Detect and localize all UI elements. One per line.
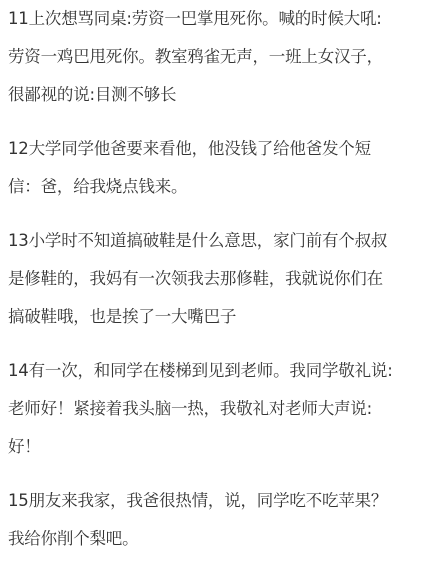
text-line: 15朋友来我家，我爸很热情，说，同学吃不吃苹果？ [8, 482, 438, 520]
text-line: 很鄙视的说:目测不够长 [8, 76, 438, 114]
text-line: 是修鞋的，我妈有一次领我去那修鞋，我就说你们在 [8, 260, 438, 298]
paragraph-12: 12大学同学他爸要来看他，他没钱了给他爸发个短 信：爸，给我烧点钱来。 [8, 130, 438, 206]
text-line: 14有一次，和同学在楼梯到见到老师。我同学敬礼说: [8, 352, 438, 390]
paragraph-15: 15朋友来我家，我爸很热情，说，同学吃不吃苹果？ 我给你削个梨吧。 [8, 482, 438, 558]
text-line: 老师好！紧接着我头脑一热，我敬礼对老师大声说: [8, 390, 438, 428]
text-line: 13小学时不知道搞破鞋是什么意思，家门前有个叔叔 [8, 222, 438, 260]
article-body: 11上次想骂同桌:劳资一巴掌甩死你。喊的时候大吼: 劳资一鸡巴甩死你。教室鸦雀无… [8, 0, 438, 558]
text-line: 搞破鞋哦，也是挨了一大嘴巴子 [8, 298, 438, 336]
text-line: 信：爸，给我烧点钱来。 [8, 168, 438, 206]
text-line: 11上次想骂同桌:劳资一巴掌甩死你。喊的时候大吼: [8, 0, 438, 38]
text-line: 12大学同学他爸要来看他，他没钱了给他爸发个短 [8, 130, 438, 168]
text-line: 劳资一鸡巴甩死你。教室鸦雀无声，一班上女汉子， [8, 38, 438, 76]
paragraph-14: 14有一次，和同学在楼梯到见到老师。我同学敬礼说: 老师好！紧接着我头脑一热，我… [8, 352, 438, 466]
paragraph-11: 11上次想骂同桌:劳资一巴掌甩死你。喊的时候大吼: 劳资一鸡巴甩死你。教室鸦雀无… [8, 0, 438, 114]
text-line: 我给你削个梨吧。 [8, 520, 438, 558]
paragraph-13: 13小学时不知道搞破鞋是什么意思，家门前有个叔叔 是修鞋的，我妈有一次领我去那修… [8, 222, 438, 336]
text-line: 好！ [8, 428, 438, 466]
